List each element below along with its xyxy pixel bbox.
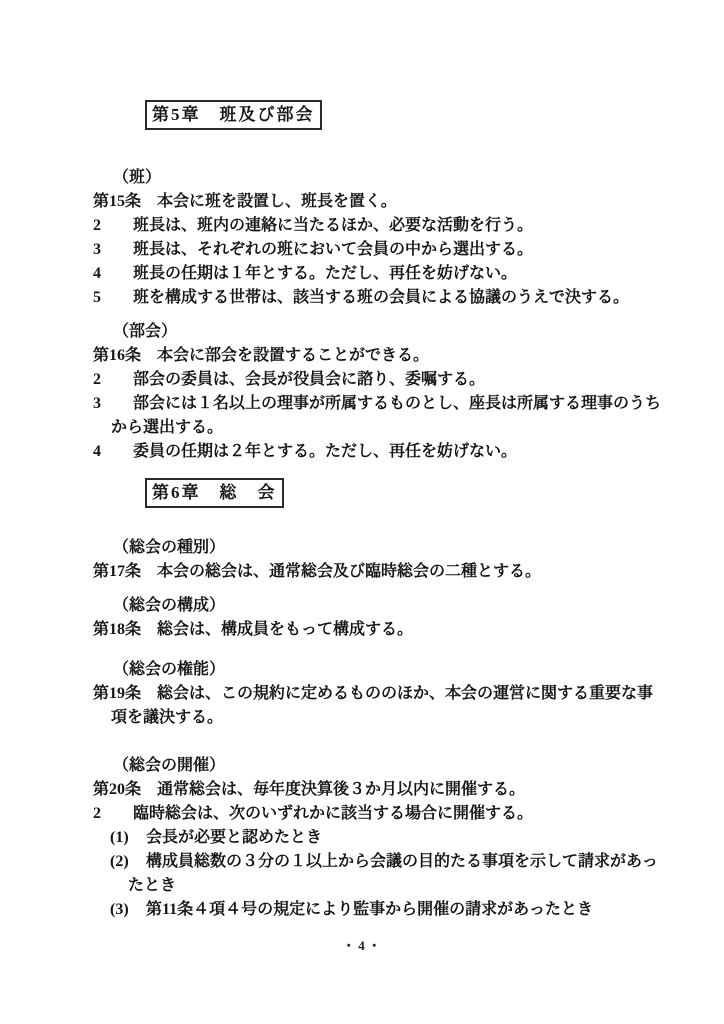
section-label: （総会の権能） [93, 658, 684, 682]
article-text: 班長は、それぞれの班において会員の中から選出する。 [133, 241, 533, 258]
item-number: 2 [93, 802, 117, 826]
section-bukai: （部会） 第16条本会に部会を設置することができる。 2部会の委員は、会長が役員… [93, 320, 684, 464]
section-label: （総会の構成） [93, 594, 684, 618]
subitem-number: (3) [110, 898, 130, 922]
article-line: 第19条総会は、この規約に定めるもののほか、本会の運営に関する重要な事 [93, 682, 684, 706]
article-text: 班を構成する世帯は、該当する班の会員による協議のうえで決する。 [133, 289, 629, 306]
item-number: 3 [93, 238, 117, 262]
section-soukai-shubetsu: （総会の種別） 第17条本会の総会は、通常総会及び臨時総会の二種とする。 [93, 536, 684, 584]
item-number: 2 [93, 214, 117, 238]
article-paragraph: 第19条総会は、この規約に定めるもののほか、本会の運営に関する重要な事 項を議決… [93, 682, 684, 730]
article-text: 委員の任期は２年とする。ただし、再任を妨げない。 [133, 443, 517, 460]
article-text: 部会の委員は、会長が役員会に諮り、委嘱する。 [133, 371, 485, 388]
section-soukai-kousei: （総会の構成） 第18条総会は、構成員をもって構成する。 [93, 594, 684, 642]
section-label: （部会） [93, 320, 684, 344]
article-line: 第15条本会に班を設置し、班長を置く。 [93, 190, 684, 214]
subitem-text: 第11条４項４号の規定により監事から開催の請求があったとき [146, 901, 593, 918]
subitem-list: (1)会長が必要と認めたとき (2)構成員総数の３分の１以上から会議の目的たる事… [110, 826, 684, 922]
section-label: （班） [93, 166, 684, 190]
chapter-5-title: 第5章 班及び部会 [145, 100, 322, 130]
item-number: 2 [93, 368, 117, 392]
article-line: 2部会の委員は、会長が役員会に諮り、委嘱する。 [93, 368, 684, 392]
subitem-number: (1) [110, 826, 130, 850]
subitem-line-continuation: たとき [128, 874, 684, 898]
article-number: 第16条 [93, 344, 141, 368]
article-line: 2班長は、班内の連絡に当たるほか、必要な活動を行う。 [93, 214, 684, 238]
article-line: 5班を構成する世帯は、該当する班の会員による協議のうえで決する。 [93, 286, 684, 310]
article-text: 臨時総会は、次のいずれかに該当する場合に開催する。 [133, 805, 533, 822]
chapter-6-heading-row: 第6章 総 会 [145, 478, 684, 508]
article-line: 第20条通常総会は、毎年度決算後３か月以内に開催する。 [93, 778, 684, 802]
article-number: 第15条 [93, 190, 141, 214]
article-line: 3部会には１名以上の理事が所属するものとし、座長は所属する理事のうち [93, 392, 684, 416]
article-paragraph: 3部会には１名以上の理事が所属するものとし、座長は所属する理事のうち から選出す… [93, 392, 684, 440]
article-line-continuation: から選出する。 [111, 416, 684, 440]
article-text: 本会の総会は、通常総会及び臨時総会の二種とする。 [157, 563, 541, 580]
article-number: 第20条 [93, 778, 141, 802]
article-text: 部会には１名以上の理事が所属するものとし、座長は所属する理事のうち [133, 395, 661, 412]
chapter-6-title: 第6章 総 会 [145, 478, 284, 508]
article-text: 通常総会は、毎年度決算後３か月以内に開催する。 [157, 781, 525, 798]
item-number: 4 [93, 440, 117, 464]
subitem-number: (2) [110, 850, 130, 874]
article-text: 総会は、構成員をもって構成する。 [157, 621, 413, 638]
article-line: 4委員の任期は２年とする。ただし、再任を妨げない。 [93, 440, 684, 464]
item-number: 4 [93, 262, 117, 286]
section-soukai-kennou: （総会の権能） 第19条総会は、この規約に定めるもののほか、本会の運営に関する重… [93, 658, 684, 730]
article-text: 総会は、この規約に定めるもののほか、本会の運営に関する重要な事 [157, 685, 653, 702]
chapter-5-heading-row: 第5章 班及び部会 [145, 100, 684, 130]
subitem-paragraph: (2)構成員総数の３分の１以上から会議の目的たる事項を示して請求があっ たとき [110, 850, 684, 898]
subitem-line: (1)会長が必要と認めたとき [110, 826, 684, 850]
subitem-text: 会長が必要と認めたとき [146, 829, 322, 846]
article-line: 3班長は、それぞれの班において会員の中から選出する。 [93, 238, 684, 262]
article-line-continuation: 項を議決する。 [111, 706, 684, 730]
section-label: （総会の種別） [93, 536, 684, 560]
article-line: 第18条総会は、構成員をもって構成する。 [93, 618, 684, 642]
subitem-line: (2)構成員総数の３分の１以上から会議の目的たる事項を示して請求があっ [110, 850, 684, 874]
document-page: 第5章 班及び部会 （班） 第15条本会に班を設置し、班長を置く。 2班長は、班… [0, 0, 724, 1024]
article-text: 班長の任期は１年とする。ただし、再任を妨げない。 [133, 265, 517, 282]
section-han: （班） 第15条本会に班を設置し、班長を置く。 2班長は、班内の連絡に当たるほか… [93, 166, 684, 310]
article-text: 本会に班を設置し、班長を置く。 [157, 193, 397, 210]
item-number: 5 [93, 286, 117, 310]
article-line: 第17条本会の総会は、通常総会及び臨時総会の二種とする。 [93, 560, 684, 584]
article-text: 班長は、班内の連絡に当たるほか、必要な活動を行う。 [133, 217, 533, 234]
item-number: 3 [93, 392, 117, 416]
page-number: ・4・ [93, 934, 633, 958]
article-number: 第18条 [93, 618, 141, 642]
article-text: 本会に部会を設置することができる。 [157, 347, 429, 364]
section-label: （総会の開催） [93, 754, 684, 778]
article-line: 第16条本会に部会を設置することができる。 [93, 344, 684, 368]
subitem-text: 構成員総数の３分の１以上から会議の目的たる事項を示して請求があっ [146, 853, 658, 870]
article-line: 4班長の任期は１年とする。ただし、再任を妨げない。 [93, 262, 684, 286]
subitem-line: (3)第11条４項４号の規定により監事から開催の請求があったとき [110, 898, 684, 922]
article-line: 2臨時総会は、次のいずれかに該当する場合に開催する。 [93, 802, 684, 826]
article-number: 第19条 [93, 682, 141, 706]
article-number: 第17条 [93, 560, 141, 584]
section-soukai-kaisai: （総会の開催） 第20条通常総会は、毎年度決算後３か月以内に開催する。 2臨時総… [93, 754, 684, 922]
